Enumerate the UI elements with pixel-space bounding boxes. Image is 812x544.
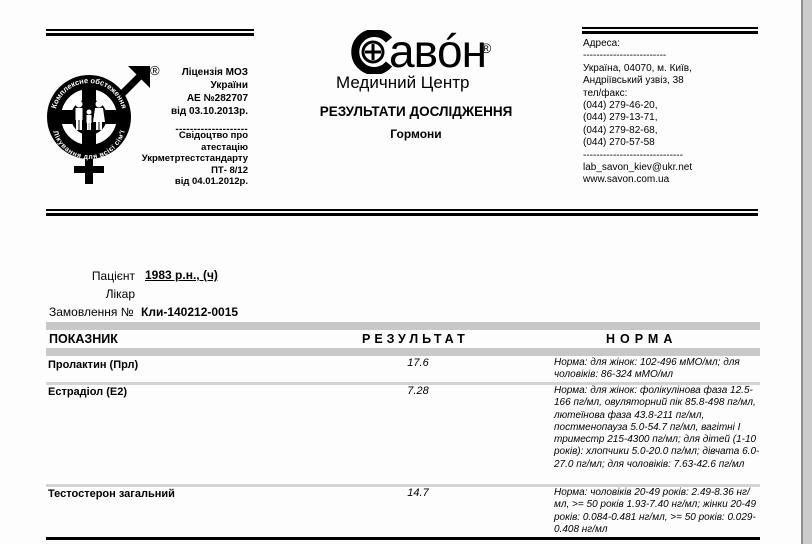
norm-text: Норма: для жінок: 102-496 мМО/мл; для чо… [554, 357, 764, 382]
phone-label: тел/факс: [583, 88, 692, 100]
license-block: Ліцензія МОЗ України АЕ №282707 від 03.1… [160, 66, 248, 118]
website-link[interactable]: www.savon.com.ua [583, 174, 692, 186]
header-rule-right [582, 27, 758, 34]
cert-line: ПТ- 8/12 [130, 165, 248, 177]
doctor-label: Лікар [47, 287, 135, 301]
result-value: 17.6 [388, 357, 448, 369]
table-header-band-bottom [46, 348, 760, 356]
result-value: 7.28 [388, 385, 448, 397]
order-label: Замовлення № [49, 305, 134, 319]
address-separator: ------------------------- [583, 50, 692, 62]
order-value: Кли-140212-0015 [141, 305, 238, 319]
cert-line: від 04.01.2012р. [130, 176, 248, 188]
license-line: України [160, 79, 248, 92]
cert-line: Укрметртестстандарту [130, 153, 248, 165]
phone-number: (044) 279-82-68, [583, 125, 692, 137]
patient-label: Пацієнт [47, 269, 135, 283]
header-rule-left [46, 29, 254, 36]
indicator-name: Естрадіол (E2) [48, 386, 127, 398]
column-header-result: РЕЗУЛЬТАТ [362, 332, 469, 346]
savon-logo-c-icon [349, 30, 393, 74]
brand-subtitle: Медичний Центр [336, 73, 469, 93]
indicator-name: Пролактин (Прл) [48, 359, 138, 371]
brand-registered-mark: ® [481, 40, 491, 56]
registered-mark: ® [150, 63, 160, 78]
cert-line: Свідоцтво про атестацію [130, 130, 248, 153]
address-separator: ------------------------------ [583, 150, 692, 162]
column-header-indicator: ПОКАЗНИК [49, 332, 118, 346]
phone-number: (044) 279-46-20, [583, 100, 692, 112]
table-header-band-top [46, 322, 760, 330]
header-bottom-rule [46, 209, 758, 216]
phone-number: (044) 270-57-58 [583, 137, 692, 149]
indicator-name: Тестостерон загальний [48, 488, 175, 500]
report-title: РЕЗУЛЬТАТИ ДОСЛІДЖЕННЯ [308, 104, 524, 119]
certificate-block: Свідоцтво про атестацію Укрметртестстанд… [130, 130, 248, 188]
license-line: від 03.10.2013р. [160, 105, 248, 118]
table-bottom-rule [46, 537, 760, 540]
column-header-norm: НОРМА [606, 332, 677, 346]
address-line: Андріївський узвіз, 38 [583, 75, 692, 87]
license-line: Ліцензія МОЗ [160, 66, 248, 79]
email-link[interactable]: lab_savon_kiev@ukr.net [583, 162, 692, 174]
phone-number: (044) 279-13-71, [583, 112, 692, 124]
page-edge-scroll-gutter [801, 0, 812, 544]
report-subtitle: Гормони [308, 127, 524, 141]
license-line: АЕ №282707 [160, 92, 248, 105]
address-label: Адреса: [583, 38, 692, 50]
result-value: 14.7 [388, 487, 448, 499]
norm-text: Норма: чоловіків 20-49 років: 2.49-8.36 … [554, 487, 764, 536]
address-block: Адреса: ------------------------- Україн… [583, 38, 692, 187]
patient-value: 1983 р.н., (ч) [145, 268, 218, 282]
norm-text: Норма: для жінок: фолікулінова фаза 12.5… [554, 385, 764, 471]
brand-name: авóн [389, 28, 486, 74]
address-line: Україна, 04070, м. Київ, [583, 63, 692, 75]
